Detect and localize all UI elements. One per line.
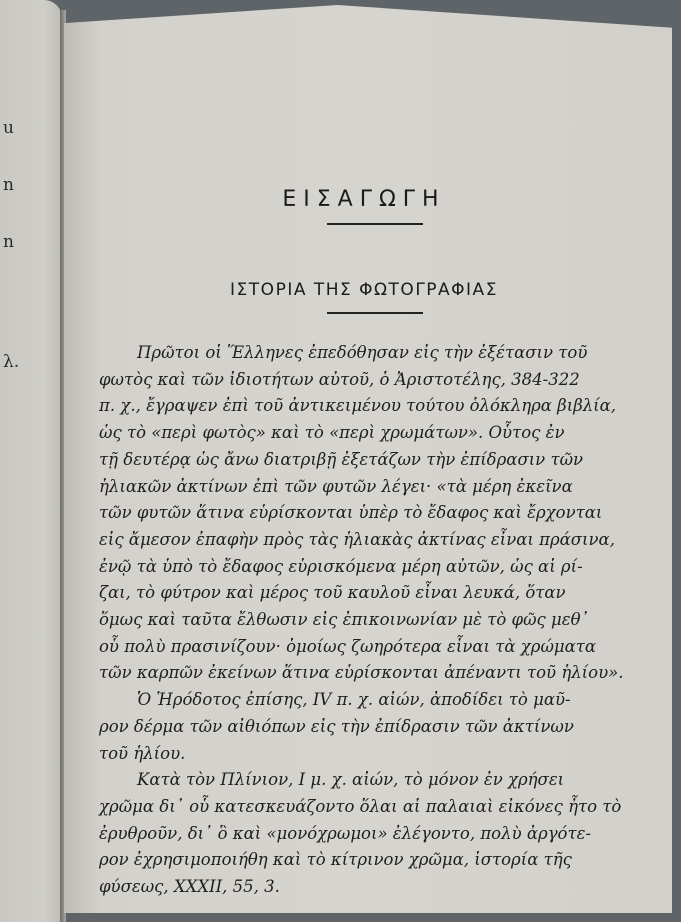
- text-line: ζαι, τὸ φύτρον καὶ μέρος τοῦ καυλοῦ εἶνα…: [99, 580, 639, 607]
- text-line: χρῶμα δι᾽ οὗ κατεσκευάζοντο ὅλαι αἱ παλα…: [99, 794, 639, 821]
- text-line: τῶν καρπῶν ἐκείνων ἅτινα εὑρίσκονται ἀπέ…: [99, 660, 639, 687]
- text-line: τῶν φυτῶν ἅτινα εὑρίσκονται ὑπὲρ τὸ ἔδαφ…: [99, 500, 639, 527]
- text-line: ὡς τὸ «περὶ φωτὸς» καὶ τὸ «περὶ χρωμάτων…: [99, 420, 639, 447]
- text-line: τοῦ ἡλίου.: [99, 741, 639, 768]
- text-line: Κατὰ τὸν Πλίνιον, I μ. χ. αἰών, τὸ μόνον…: [99, 767, 639, 794]
- text-line: π. χ., ἔγραψεν ἐπὶ τοῦ ἀντικειμένου τούτ…: [99, 393, 639, 420]
- body-text: Πρῶτοι οἱ Ἕλληνες ἐπεδόθησαν εἰς τὴν ἐξέ…: [99, 340, 639, 901]
- text-line: εἰς ἄμεσον ἐπαφὴν πρὸς τὰς ἡλιακὰς ἀκτίν…: [99, 527, 639, 554]
- left-page-edge: u n n λ.: [0, 0, 62, 922]
- text-line: ἐνῷ τὰ ὑπὸ τὸ ἔδαφος εὑρισκόμενα μέρη αὐ…: [99, 554, 639, 581]
- left-page-text-fragment: λ.: [3, 352, 19, 372]
- text-line: φωτὸς καὶ τῶν ἰδιοτήτων αὐτοῦ, ὁ Ἀριστοτ…: [99, 367, 639, 394]
- text-line: ἡλιακῶν ἀκτίνων ἐπὶ τῶν φυτῶν λέγει· «τὰ…: [99, 474, 639, 501]
- text-line: Πρῶτοι οἱ Ἕλληνες ἐπεδόθησαν εἰς τὴν ἐξέ…: [99, 340, 639, 367]
- section-divider: [327, 312, 423, 314]
- left-page-text-fragment: n: [3, 232, 14, 252]
- left-page-text-fragment: n: [3, 175, 14, 195]
- text-line: ὅμως καὶ ταῦτα ἔλθωσιν εἰς ἐπικοινωνίαν …: [99, 607, 639, 634]
- section-title: ΙΣΤΟΡΙΑ ΤΗΣ ΦΩΤΟΓΡΑΦΙΑΣ: [60, 280, 668, 300]
- text-line: ρον ἐχρησιμοποιήθη καὶ τὸ κίτρινον χρῶμα…: [99, 847, 639, 874]
- text-line: ἐρυθροῦν, δι᾽ ὃ καὶ «μονόχρωμοι» ἐλέγοντ…: [99, 821, 639, 848]
- left-page-text-fragment: u: [3, 118, 14, 138]
- text-line: φύσεως, XXXII, 55, 3.: [99, 874, 639, 901]
- text-line: Ὁ Ἡρόδοτος ἐπίσης, IV π. χ. αἰών, ἀποδίδ…: [99, 687, 639, 714]
- right-page: ΕΙΣΑΓΩΓΗ ΙΣΤΟΡΙΑ ΤΗΣ ΦΩΤΟΓΡΑΦΙΑΣ Πρῶτοι …: [64, 5, 672, 913]
- text-line: οὗ πολὺ πρασινίζουν· ὁμοίως ζωηρότερα εἶ…: [99, 634, 639, 661]
- title-divider: [327, 223, 423, 225]
- chapter-title: ΕΙΣΑΓΩΓΗ: [60, 187, 668, 212]
- text-line: τῇ δευτέρᾳ ὡς ἄνω διατριβῇ ἐξετάζων τὴν …: [99, 447, 639, 474]
- text-line: ρον δέρμα τῶν αἰθιόπων εἰς τὴν ἐπίδρασιν…: [99, 714, 639, 741]
